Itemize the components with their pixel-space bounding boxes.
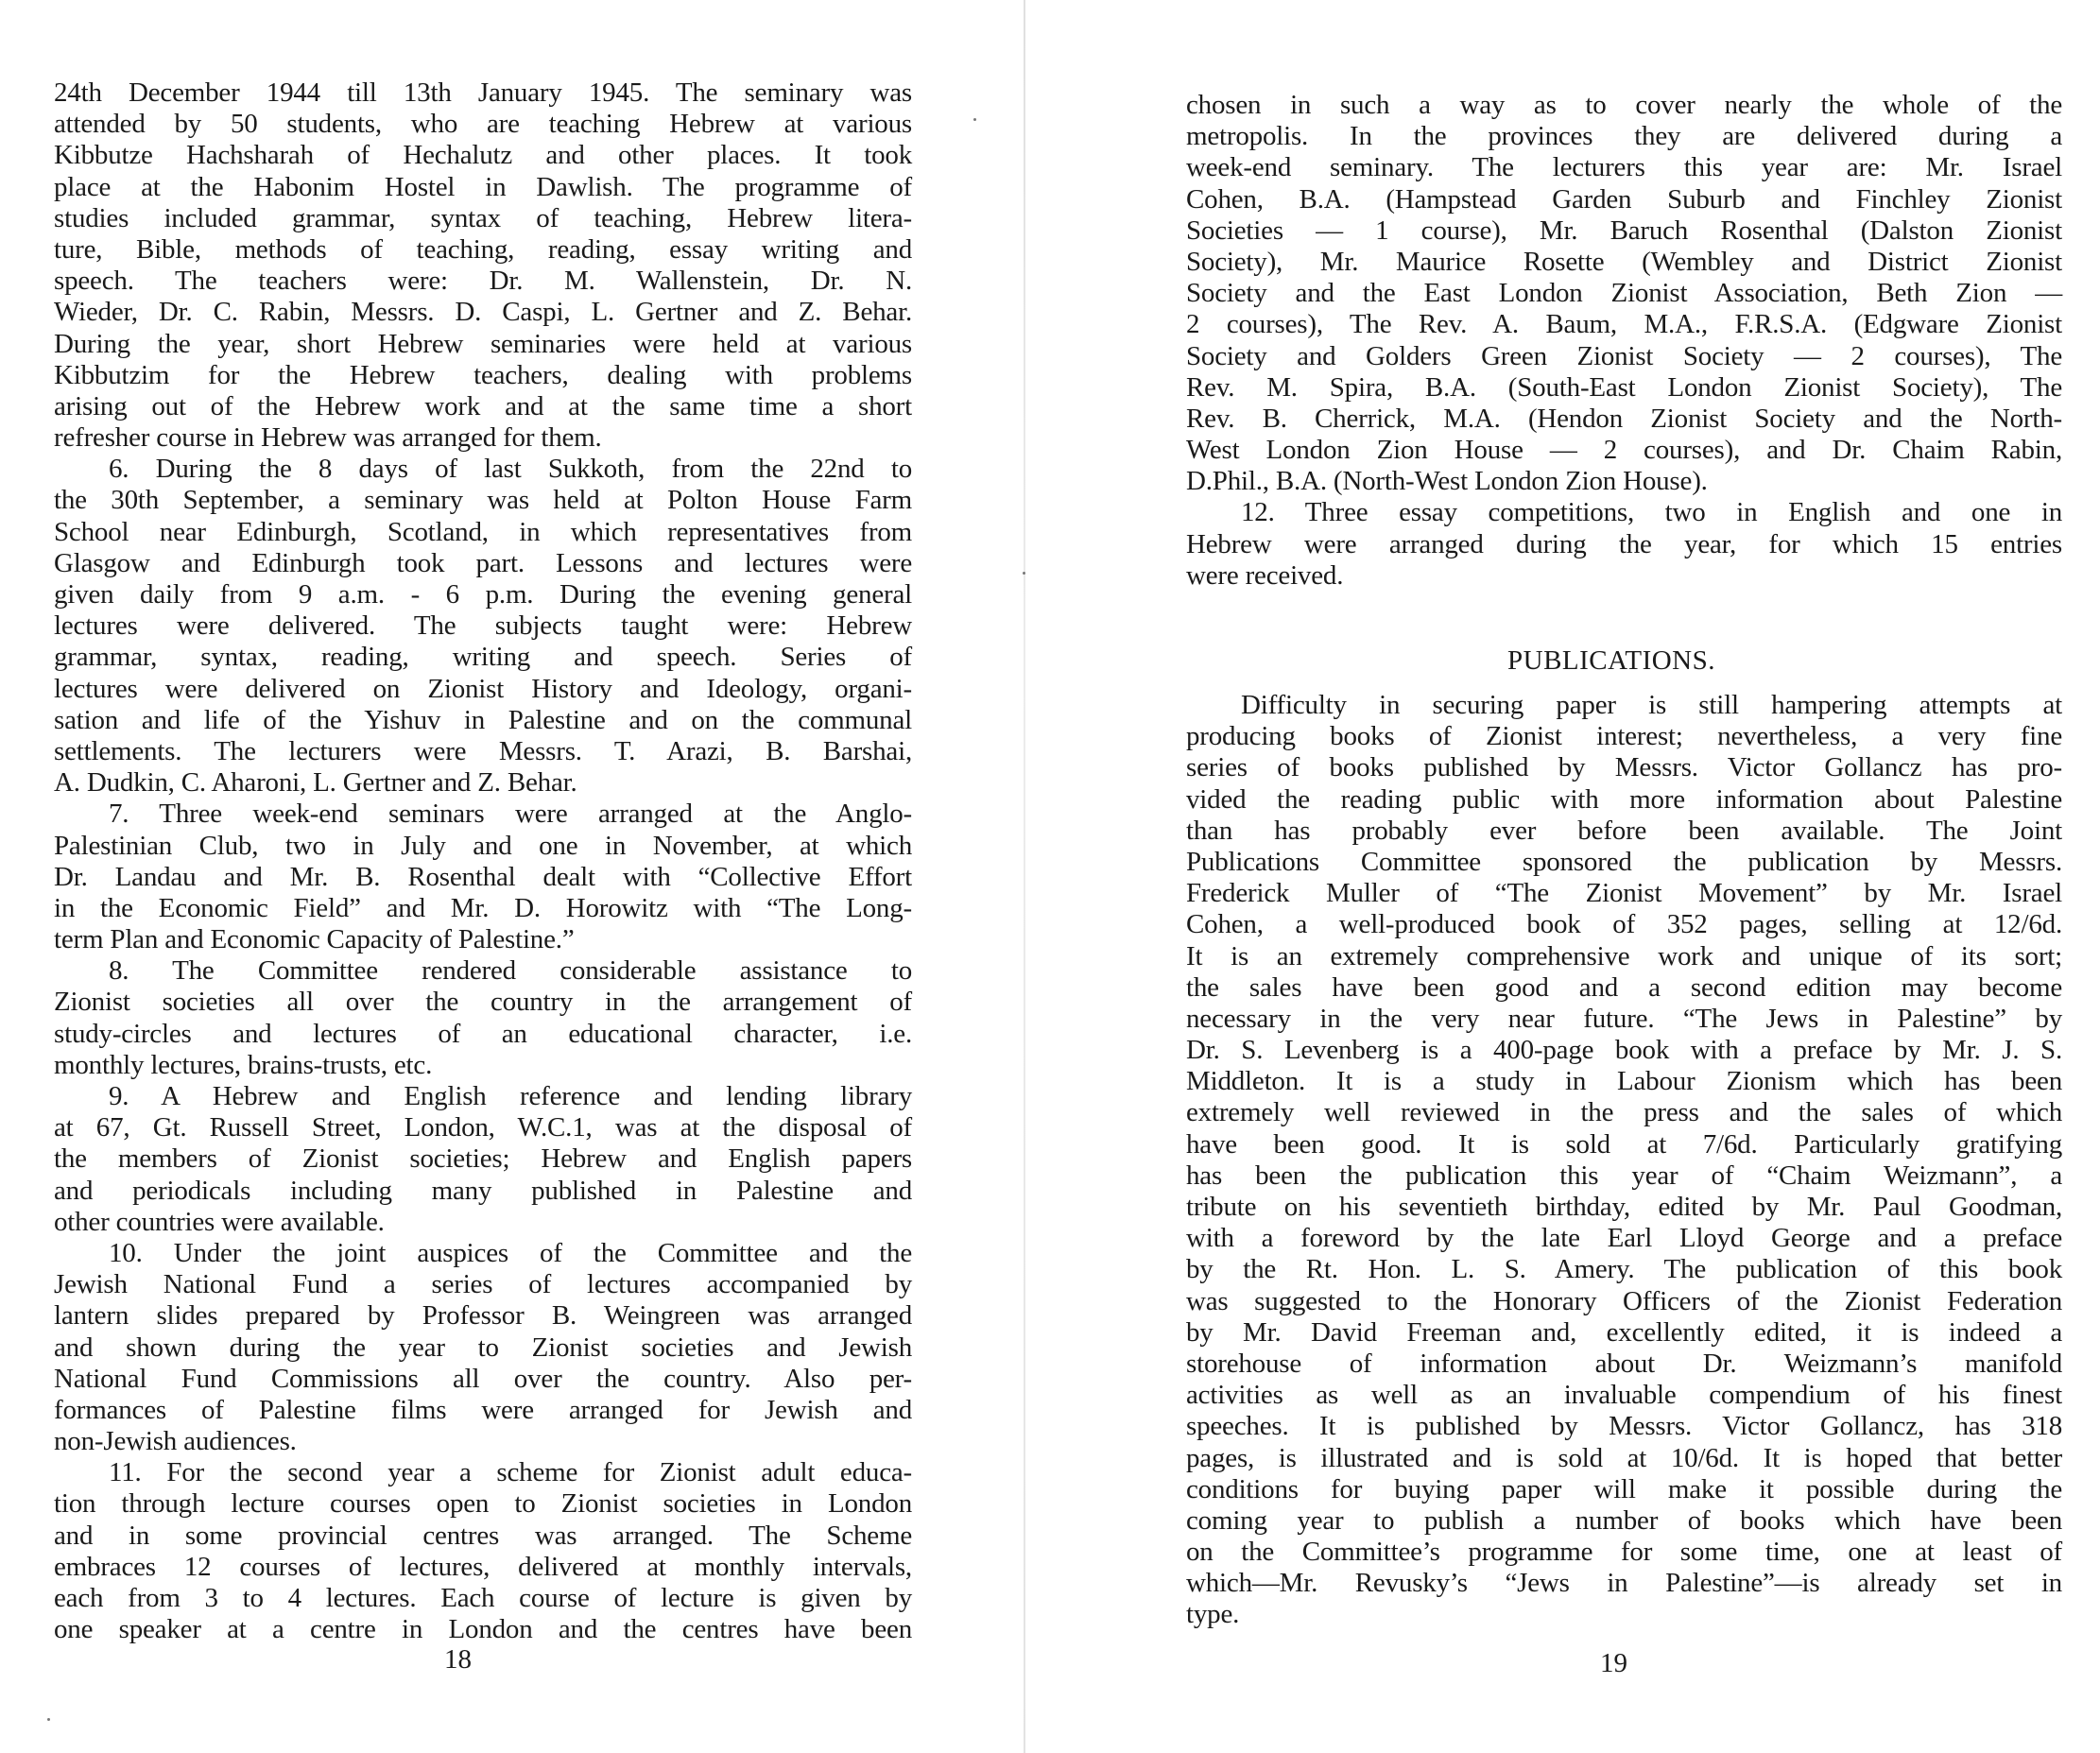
text-line: Societies — 1 course), Mr. Baruch Rosent… (1186, 215, 2062, 247)
text-line: Society and Golders Green Zionist Societ… (1186, 341, 2062, 372)
text-line: by Mr. David Freeman and, excellently ed… (1186, 1317, 2062, 1349)
text-line: the members of Zionist societies; Hebrew… (54, 1143, 912, 1175)
scan-speck (973, 118, 976, 121)
text-line: chosen in such a way as to cover nearly … (1186, 90, 2062, 121)
text-line: Hebrew were arranged during the year, fo… (1186, 529, 2062, 560)
text-line: 9. A Hebrew and English reference and le… (54, 1081, 912, 1112)
text-line: Society), Mr. Maurice Rosette (Wembley a… (1186, 247, 2062, 278)
text-line: Frederick Muller of “The Zionist Movemen… (1186, 878, 2062, 909)
text-line: Palestinian Club, two in July and one in… (54, 831, 912, 862)
text-line: 7. Three week-end seminars were arranged… (54, 799, 912, 830)
text-line: 11. For the second year a scheme for Zio… (54, 1457, 912, 1488)
text-line: Society and the East London Zionist Asso… (1186, 278, 2062, 309)
text-line: tribute on his seventieth birthday, edit… (1186, 1192, 2062, 1223)
text-line: was suggested to the Honorary Officers o… (1186, 1286, 2062, 1317)
text-line: which—Mr. Revusky’s “Jews in Palestine”—… (1186, 1568, 2062, 1599)
text-line: place at the Habonim Hostel in Dawlish. … (54, 172, 912, 203)
text-line: coming year to publish a number of books… (1186, 1505, 2062, 1537)
text-line: D.Phil., B.A. (North-West London Zion Ho… (1186, 466, 2062, 497)
text-line: 24th December 1944 till 13th January 194… (54, 77, 912, 109)
publications-paragraph: Difficulty in securing paper is still ha… (1186, 690, 2062, 1631)
text-line: 6. During the 8 days of last Sukkoth, fr… (54, 454, 912, 485)
text-line: formances of Palestine films were arrang… (54, 1395, 912, 1426)
text-line: at 67, Gt. Russell Street, London, W.C.1… (54, 1112, 912, 1143)
text-line: Publications Committee sponsored the pub… (1186, 847, 2062, 878)
text-line: It is an extremely comprehensive work an… (1186, 941, 2062, 972)
text-line: vided the reading public with more infor… (1186, 784, 2062, 816)
text-line: Kibbutzim for the Hebrew teachers, deali… (54, 360, 912, 391)
text-line: Wieder, Dr. C. Rabin, Messrs. D. Caspi, … (54, 297, 912, 328)
left-page-text: 24th December 1944 till 13th January 194… (54, 77, 912, 1645)
text-line: Jewish National Fund a series of lecture… (54, 1269, 912, 1300)
text-line: non-Jewish audiences. (54, 1426, 912, 1457)
text-line: pages, is illustrated and is sold at 10/… (1186, 1443, 2062, 1474)
right-page: chosen in such a way as to cover nearly … (1025, 0, 2100, 1753)
text-line: grammar, syntax, reading, writing and sp… (54, 642, 912, 673)
text-line: attended by 50 students, who are teachin… (54, 109, 912, 140)
right-page-text: chosen in such a way as to cover nearly … (1186, 90, 2062, 592)
text-line: activities as well as an invaluable comp… (1186, 1380, 2062, 1411)
text-line: storehouse of information about Dr. Weiz… (1186, 1349, 2062, 1380)
text-line: and in some provincial centres was arran… (54, 1521, 912, 1552)
text-line: necessary in the very near future. “The … (1186, 1004, 2062, 1035)
text-line: series of books published by Messrs. Vic… (1186, 752, 2062, 783)
text-line: 10. Under the joint auspices of the Comm… (54, 1238, 912, 1269)
text-line: studies included grammar, syntax of teac… (54, 203, 912, 234)
text-line: Difficulty in securing paper is still ha… (1186, 690, 2062, 721)
text-line: Rev. B. Cherrick, M.A. (Hendon Zionist S… (1186, 404, 2062, 435)
text-line: and periodicals including many published… (54, 1176, 912, 1207)
text-line: by the Rt. Hon. L. S. Amery. The publica… (1186, 1254, 2062, 1285)
text-line: in the Economic Field” and Mr. D. Horowi… (54, 893, 912, 924)
text-line: National Fund Commissions all over the c… (54, 1364, 912, 1395)
text-line: study-circles and lectures of an educati… (54, 1019, 912, 1050)
text-line: Cohen, B.A. (Hampstead Garden Suburb and… (1186, 184, 2062, 215)
text-line: tion through lecture courses open to Zio… (54, 1488, 912, 1520)
text-line: other countries were available. (54, 1207, 912, 1238)
text-line: has been the publication this year of “C… (1186, 1160, 2062, 1192)
text-line: speech. The teachers were: Dr. M. Wallen… (54, 266, 912, 297)
text-line: lectures were delivered on Zionist Histo… (54, 674, 912, 705)
text-line: embraces 12 courses of lectures, deliver… (54, 1552, 912, 1583)
text-line: the 30th September, a seminary was held … (54, 485, 912, 516)
text-line: monthly lectures, brains-trusts, etc. (54, 1050, 912, 1081)
text-line: were received. (1186, 560, 2062, 592)
text-line: Middleton. It is a study in Labour Zioni… (1186, 1066, 2062, 1097)
text-line: Dr. Landau and Mr. B. Rosenthal dealt wi… (54, 862, 912, 893)
text-line: refresher course in Hebrew was arranged … (54, 422, 912, 454)
text-line: lectures were delivered. The subjects ta… (54, 610, 912, 642)
text-line: given daily from 9 a.m. - 6 p.m. During … (54, 579, 912, 610)
text-line: metropolis. In the provinces they are de… (1186, 121, 2062, 152)
text-line: with a foreword by the late Earl Lloyd G… (1186, 1223, 2062, 1254)
text-line: A. Dudkin, C. Aharoni, L. Gertner and Z.… (54, 767, 912, 799)
text-line: School near Edinburgh, Scotland, in whic… (54, 517, 912, 548)
text-line: one speaker at a centre in London and th… (54, 1614, 912, 1645)
text-line: 2 courses), The Rev. A. Baum, M.A., F.R.… (1186, 309, 2062, 340)
text-line: and shown during the year to Zionist soc… (54, 1332, 912, 1364)
text-line: Kibbutze Hachsharah of Hechalutz and oth… (54, 140, 912, 171)
text-line: ture, Bible, methods of teaching, readin… (54, 234, 912, 266)
text-line: Rev. M. Spira, B.A. (South-East London Z… (1186, 372, 2062, 404)
text-line: Cohen, a well-produced book of 352 pages… (1186, 909, 2062, 940)
text-line: settlements. The lecturers were Messrs. … (54, 736, 912, 767)
text-line: 8. The Committee rendered considerable a… (54, 955, 912, 987)
text-line: Zionist societies all over the country i… (54, 987, 912, 1018)
section-heading: PUBLICATIONS. (1507, 645, 1715, 677)
text-line: arising out of the Hebrew work and at th… (54, 391, 912, 422)
text-line: speeches. It is published by Messrs. Vic… (1186, 1411, 2062, 1442)
text-line: have been good. It is sold at 7/6d. Part… (1186, 1129, 2062, 1160)
text-line: 12. Three essay competitions, two in Eng… (1186, 497, 2062, 528)
text-line: type. (1186, 1599, 2062, 1630)
text-line: week-end seminary. The lecturers this ye… (1186, 152, 2062, 183)
book-spread: 24th December 1944 till 13th January 194… (0, 0, 2100, 1753)
text-line: lantern slides prepared by Professor B. … (54, 1300, 912, 1332)
left-page: 24th December 1944 till 13th January 194… (0, 0, 1024, 1753)
scan-speck (47, 1718, 50, 1721)
text-line: term Plan and Economic Capacity of Pales… (54, 924, 912, 955)
text-line: extremely well reviewed in the press and… (1186, 1097, 2062, 1128)
page-number: 19 (1600, 1648, 1627, 1679)
text-line: sation and life of the Yishuv in Palesti… (54, 705, 912, 736)
text-line: producing books of Zionist interest; nev… (1186, 721, 2062, 752)
text-line: During the year, short Hebrew seminaries… (54, 329, 912, 360)
text-line: the sales have been good and a second ed… (1186, 972, 2062, 1004)
text-line: than has probably ever before been avail… (1186, 816, 2062, 847)
text-line: Glasgow and Edinburgh took part. Lessons… (54, 548, 912, 579)
text-line: West London Zion House — 2 courses), and… (1186, 435, 2062, 466)
page-number: 18 (444, 1644, 472, 1676)
text-line: Dr. S. Levenberg is a 400-page book with… (1186, 1035, 2062, 1066)
text-line: conditions for buying paper will make it… (1186, 1474, 2062, 1505)
text-line: each from 3 to 4 lectures. Each course o… (54, 1583, 912, 1614)
text-line: on the Committee’s programme for some ti… (1186, 1537, 2062, 1568)
